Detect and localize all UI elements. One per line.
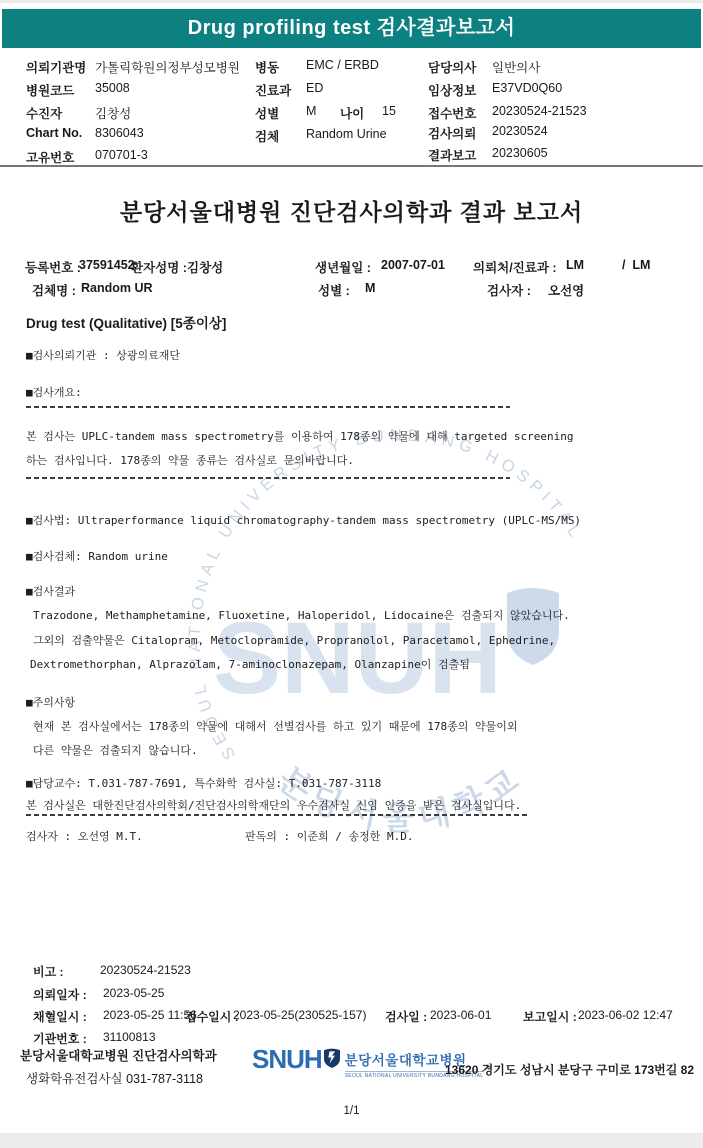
report-line: ■담당교수: T.031-787-7691, 특수화학 검사실: T.031-7…	[26, 775, 381, 791]
field-value: 가톨릭학원의정부성모병원	[95, 58, 240, 76]
field-label: 의뢰기관명	[26, 58, 86, 76]
patient-examiner-label: 검사자 :	[487, 281, 531, 299]
page-bottom-edge	[0, 1133, 703, 1148]
patient-dept-value2: / LM	[622, 258, 650, 272]
patient-birth-value: 2007-07-01	[381, 258, 445, 272]
field-label: 검사의뢰	[428, 124, 476, 142]
orgno-label: 기관번호 :	[33, 1030, 87, 1047]
patient-dept-label: 의뢰처/진료과 :	[473, 258, 557, 276]
patient-sex-label: 성별 :	[318, 281, 350, 299]
receipt-value: 2023-05-25(230525-157)	[233, 1008, 366, 1022]
field-value: 김창성	[95, 104, 131, 122]
field-value: Random Urine	[306, 127, 387, 141]
watermark-shield-icon	[507, 588, 559, 665]
receipt-label: 접수일시 :	[185, 1008, 239, 1025]
dashed-rule	[26, 406, 510, 408]
report-title: 분당서울대병원 진단검사의학과 결과 보고서	[0, 194, 703, 227]
report-banner-title: Drug profiling test 검사결과보고서	[2, 9, 701, 48]
field-label: 고유번호	[26, 148, 74, 166]
field-value: 일반의사	[492, 58, 540, 76]
age-value: 15	[382, 104, 396, 118]
field-value: EMC / ERBD	[306, 58, 379, 72]
footer-lab-phone: 생화학유전검사실 031-787-3118	[26, 1069, 203, 1087]
page-top-edge	[0, 0, 703, 3]
patient-reg-label: 등록번호 :	[25, 258, 81, 276]
report-line: ■주의사항	[26, 694, 75, 710]
field-value: M	[306, 104, 316, 118]
dashed-rule	[26, 814, 530, 816]
test-name: Drug test (Qualitative) [5종이상]	[26, 312, 226, 332]
report-line: Trazodone, Methamphetamine, Fluoxetine, …	[33, 607, 570, 623]
report-line: 그외의 검출약물은 Citalopram, Metoclopramide, Pr…	[33, 632, 555, 648]
report-line: ■검사법: Ultraperformance liquid chromatogr…	[26, 512, 581, 528]
patient-specimen-label: 검체명 :	[32, 281, 76, 299]
snuh-logo-text: SNUH	[252, 1047, 322, 1071]
collect-value: 2023-05-25 11:56	[103, 1008, 197, 1022]
patient-birth-label: 생년월일 :	[315, 258, 371, 276]
dashed-rule	[26, 477, 510, 479]
patient-name-label: 환자성명 :	[131, 258, 187, 276]
page-number: 1/1	[0, 1105, 703, 1117]
patient-sex-value: M	[365, 281, 375, 295]
report-line: ■검사결과	[26, 583, 75, 599]
field-value: 070701-3	[95, 148, 148, 162]
field-value: 35008	[95, 81, 130, 95]
footer-department: 분당서울대학교병원 진단검사의학과	[20, 1046, 217, 1064]
note-label: 비고 :	[33, 963, 64, 980]
field-label: 진료과	[255, 81, 291, 99]
field-label: 결과보고	[428, 146, 476, 164]
report-line: ■검사개요:	[26, 384, 82, 400]
field-value: 20230605	[492, 146, 548, 160]
reportdate-value: 2023-06-02 12:47	[578, 1008, 673, 1022]
request-value: 2023-05-25	[103, 986, 164, 1000]
request-label: 의뢰일자 :	[33, 986, 87, 1003]
patient-reg-value: 37591452	[79, 258, 135, 272]
patient-examiner-value: 오선영	[548, 281, 584, 299]
report-line: 현재 본 검사실에서는 178종의 약물에 대해서 선별검사를 하고 있기 때문…	[33, 718, 518, 734]
hospital-address: 13620 경기도 성남시 분당구 구미로 173번길 82	[445, 1061, 694, 1078]
report-line: 본 검사는 UPLC-tandem mass spectrometry를 이용하…	[26, 428, 574, 444]
collect-label: 채혈일시 :	[33, 1008, 87, 1025]
patient-specimen-value: Random UR	[81, 281, 153, 295]
report-line: ■검사검체: Random urine	[26, 548, 168, 564]
patient-dept-value: LM	[566, 258, 584, 272]
snuh-shield-icon	[324, 1047, 340, 1068]
report-line: 다른 약물은 검출되지 않습니다.	[33, 742, 198, 758]
age-label: 나이	[340, 104, 364, 122]
field-value: 20230524	[492, 124, 548, 138]
patient-name-value: 김창성	[187, 258, 223, 276]
field-label: 임상정보	[428, 81, 476, 99]
field-value: 20230524-21523	[492, 104, 587, 118]
report-line: Dextromethorphan, Alprazolam, 7-aminoclo…	[30, 656, 470, 672]
field-value: E37VD0Q60	[492, 81, 562, 95]
report-line: ■검사의뢰기관 : 상광의료재단	[26, 347, 180, 363]
field-label: 성별	[255, 104, 279, 122]
orgno-value: 31100813	[103, 1030, 156, 1044]
report-line: 하는 검사입니다. 178종의 약물 종류는 검사실로 문의바랍니다.	[26, 452, 354, 468]
field-label: 수진자	[26, 104, 62, 122]
lab-report-page: SEOUL NATIONAL UNIVERSITY BUNDANG HOSPIT…	[0, 0, 703, 1148]
field-label: 병동	[255, 58, 279, 76]
field-label: Chart No.	[26, 126, 82, 140]
signature-reader: 판독의 : 이준희 / 송정한 M.D.	[245, 828, 413, 844]
reportdate-label: 보고일시 :	[523, 1008, 577, 1025]
signature-examiner: 검사자 : 오선영 M.T.	[26, 828, 143, 844]
header-divider	[0, 165, 703, 167]
report-banner: Drug profiling test 검사결과보고서	[2, 9, 701, 48]
field-value: ED	[306, 81, 323, 95]
field-label: 접수번호	[428, 104, 476, 122]
field-label: 담당의사	[428, 58, 476, 76]
report-line: 본 검사실은 대한진단검사의학회/진단검사의학재단의 우수검사실 신임 인증을 …	[26, 797, 521, 813]
field-label: 병원코드	[26, 81, 74, 99]
note-value: 20230524-21523	[100, 963, 191, 977]
testdate-label: 검사일 :	[385, 1008, 427, 1025]
testdate-value: 2023-06-01	[430, 1008, 491, 1022]
field-value: 8306043	[95, 126, 144, 140]
field-label: 검체	[255, 127, 279, 145]
